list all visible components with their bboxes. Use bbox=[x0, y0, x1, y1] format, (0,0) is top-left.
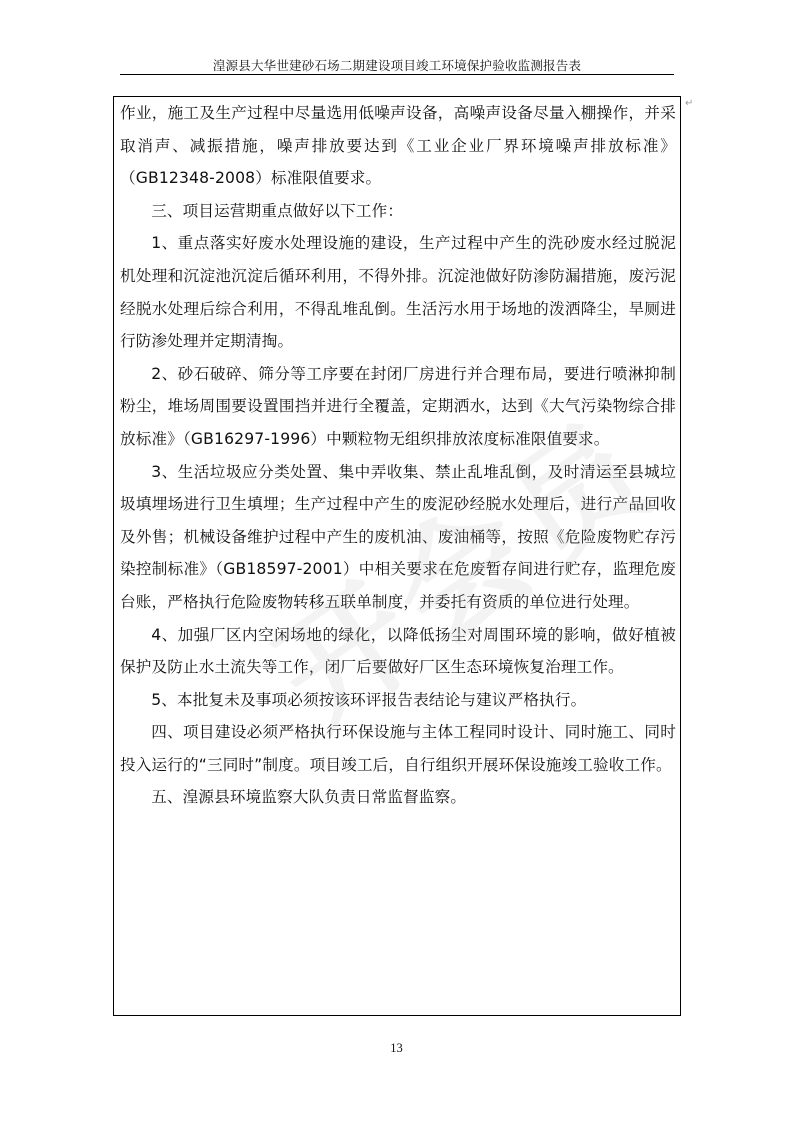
paragraph-item-1-wastewater: 1、重点落实好废水处理设施的建设，生产过程中产生的洗砂废水经过脱泥机处理和沉淀池… bbox=[120, 227, 676, 357]
content-table-cell: 作业，施工及生产过程中尽量选用低噪声设备，高噪声设备尽量入棚操作，并采取消声、减… bbox=[113, 96, 681, 1016]
body-text: 作业，施工及生产过程中尽量选用低噪声设备，高噪声设备尽量入棚操作，并采取消声、减… bbox=[120, 97, 676, 814]
document-header-title: 湟源县大华世建砂石场二期建设项目竣工环境保护验收监测报告表 bbox=[120, 56, 674, 74]
paragraph-item-4-greening: 4、加强厂区内空闲场地的绿化，以降低扬尘对周围环境的影响，做好植被保护及防止水土… bbox=[120, 619, 676, 684]
paragraph-noise-control: 作业，施工及生产过程中尽量选用低噪声设备，高噪声设备尽量入棚操作，并采取消声、减… bbox=[120, 97, 676, 195]
paragraph-section-three-heading: 三、项目运营期重点做好以下工作： bbox=[120, 195, 676, 228]
paragraph-section-four-three-simultaneous: 四、项目建设必须严格执行环保设施与主体工程同时设计、同时施工、同时投入运行的“三… bbox=[120, 716, 676, 781]
paragraph-section-five-supervision: 五、湟源县环境监察大队负责日常监督监察。 bbox=[120, 781, 676, 814]
paragraph-mark-icon: ↵ bbox=[685, 98, 693, 109]
paragraph-item-2-dust: 2、砂石破碎、筛分等工序要在封闭厂房进行并合理布局，要进行喷淋抑制粉尘，堆场周围… bbox=[120, 358, 676, 456]
page-number: 13 bbox=[0, 1041, 793, 1056]
paragraph-item-3-solid-waste: 3、生活垃圾应分类处置、集中弄收集、禁止乱堆乱倒，及时清运至县城垃圾填埋场进行卫… bbox=[120, 456, 676, 619]
header-divider bbox=[120, 74, 674, 75]
paragraph-item-5-other-matters: 5、本批复未及事项必须按该环评报告表结论与建议严格执行。 bbox=[120, 684, 676, 717]
